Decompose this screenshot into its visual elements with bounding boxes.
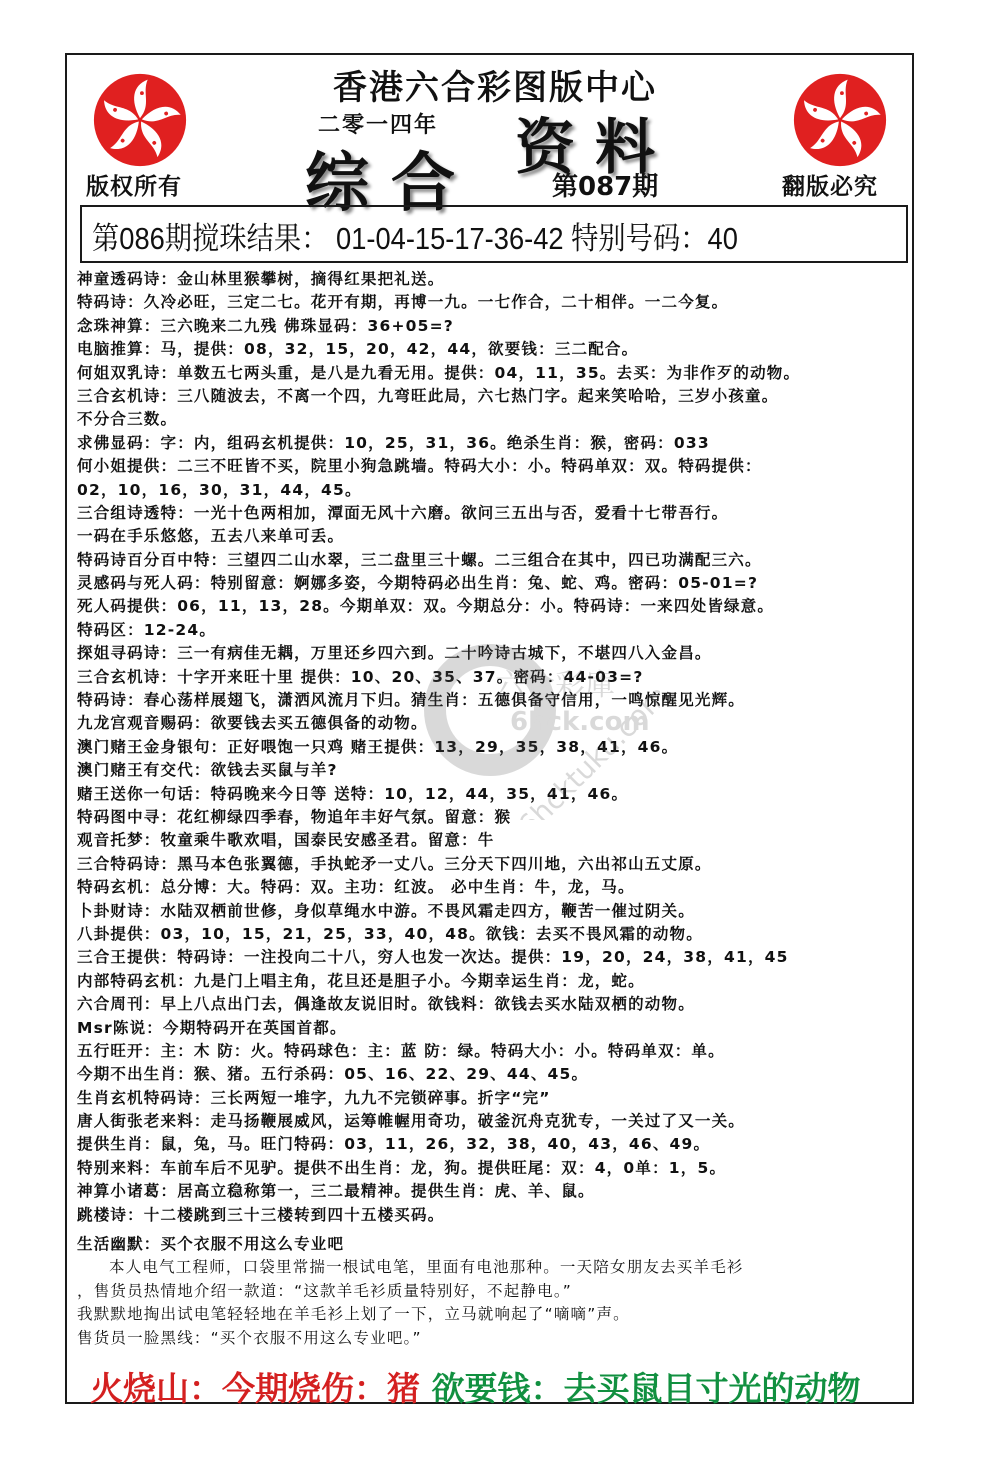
list-item: 02，10，16，30，31，44，45。	[77, 479, 917, 502]
list-item: 提供生肖：鼠，兔，马。旺门特码：03，11，26，32，38，40，43，46、…	[77, 1133, 917, 1156]
list-item: 一码在手乐悠悠，五去八来单可丢。	[77, 525, 917, 548]
list-item: 澳门赌王金身银句：正好喂饱一只鸡 赌王提供：13，29，35，38，41，46。	[77, 736, 917, 759]
joke-title: 生活幽默：买个衣服不用这么专业吧	[77, 1233, 917, 1256]
list-item: 三合特码诗：黑马本色张翼德，手执蛇矛一丈八。三分天下四川地，六出祁山五丈原。	[77, 853, 917, 876]
list-item: 三合组诗透特：一光十色两相加，潭面无风十六磨。欲问三五出与否，爱看十七带吾行。	[77, 502, 917, 525]
list-item: 观音托梦：牧童乘牛歌欢唱，国泰民安感圣君。留意：牛	[77, 829, 917, 852]
list-item: 死人码提供：06，11，13，28。今期单双：双。今期总分：小。特码诗：一来四处…	[77, 595, 917, 618]
list-item: 生肖玄机特码诗：三长两短一堆字，九九不完锁碎事。折字“完”	[77, 1087, 917, 1110]
list-item: 卜卦财诗：水陆双栖前世修，身似草绳水中游。不畏风霜走四方，鞭苦一催过阴关。	[77, 900, 917, 923]
footer-red-text: 火烧山：今期烧伤：猪	[90, 1369, 420, 1408]
draw-result-text: 第086期搅珠结果： 01-04-15-17-36-42 特别号码：40	[92, 213, 738, 258]
list-item: 灵感码与死人码：特别留意：婀娜多姿，今期特码必出生肖：兔、蛇、鸡。密码：05-0…	[77, 572, 917, 595]
list-item: 神算小诸葛：居高立稳称第一，三二最精神。提供生肖：虎、羊、鼠。	[77, 1180, 917, 1203]
list-item: 八卦提供：03，10，15，21，25，33，40，48。欲钱：去买不畏风霜的动…	[77, 923, 917, 946]
list-item: 特码图中寻：花红柳绿四季春，物追年丰好气氛。留意：猴	[77, 806, 917, 829]
list-item: 澳门赌王有交代：欲钱去买鼠与羊?	[77, 759, 917, 782]
joke-paragraph-line: 售货员一脸黑线：“买个衣服不用这么专业吧。”	[77, 1327, 917, 1350]
bauhinia-emblem-icon	[92, 72, 188, 168]
list-item: 特别来料：车前车后不见驴。提供不出生肖：龙，狗。提供旺尾：双：4，0单：1，5。	[77, 1157, 917, 1180]
list-item: 赌王送你一句话：特码晚来今日等 送特：10，12，44，35，41，46。	[77, 783, 917, 806]
list-item: 跳楼诗：十二楼跳到三十三楼转到四十五楼买码。	[77, 1204, 917, 1227]
issue-number: 第087期	[552, 166, 658, 203]
tips-list: 神童透码诗：金山林里猴攀树，摘得红果把礼送。 特码诗：久冷必旺，三定二七。花开有…	[77, 268, 917, 1350]
joke-paragraph-line: ，售货员热情地介绍一款道：“这款羊毛衫质量特别好，不起静电。”	[77, 1280, 917, 1303]
list-item: 特码诗：久冷必旺，三定二七。花开有期，再博一九。一七作合，二十相伴。一二今复。	[77, 291, 917, 314]
list-item: 特码诗百分百中特：三望四二山水翠，三二盘里三十螺。二三组合在其中，四已功满配三六…	[77, 549, 917, 572]
list-item: 今期不出生肖：猴、猪。五行杀码：05、16、22、29、44、45。	[77, 1063, 917, 1086]
joke-paragraph-line: 我默默地掏出试电笔轻轻地在羊毛衫上划了一下，立马就响起了“嘀嘀”声。	[77, 1303, 917, 1326]
list-item: 探姐寻码诗：三一有病佳无耦，万里还乡四六到。二十吟诗古城下，不堪四八入金昌。	[77, 642, 917, 665]
list-item: 五行旺开：主：木 防：火。特码球色：主：蓝 防：绿。特码大小：小。特码单双：单。	[77, 1040, 917, 1063]
list-item: 三合王提供：特码诗：一注投向二十八，穷人也发一次达。提供：19，20，24，38…	[77, 946, 917, 969]
list-item: 不分合三数。	[77, 408, 917, 431]
list-item: 九龙宫观音赐码：欲要钱去买五德俱备的动物。	[77, 712, 917, 735]
list-item: 三合玄机诗：三八随波去，不离一个四，九弯旺此局，六七热门字。起来笑哈哈，三岁小孩…	[77, 385, 917, 408]
anti-piracy-label: 翻版必究	[782, 168, 878, 201]
list-item: 神童透码诗：金山林里猴攀树，摘得红果把礼送。	[77, 268, 917, 291]
list-item: 六合周刊：早上八点出门去，偶逢故友说旧时。欲钱料：欲钱去买水陆双栖的动物。	[77, 993, 917, 1016]
list-item: 电脑推算：马，提供：08，32，15，20，42，44，欲要钱：三二配合。	[77, 338, 917, 361]
list-item: 唐人街张老来料：走马扬鞭展威风，运筹帷幄用奇功，破釜沉舟克犹专，一关过了又一关。	[77, 1110, 917, 1133]
list-item: 何姐双乳诗：单数五七两头重，是八是九看无用。提供：04，11，35。去买：为非作…	[77, 362, 917, 385]
footer-banner: 火烧山：今期烧伤：猪 欲要钱：去买鼠目寸光的动物	[90, 1363, 861, 1410]
bauhinia-emblem-icon	[792, 72, 888, 168]
list-item: 何小姐提供：二三不旺皆不买，院里小狗急跳墙。特码大小：小。特码单双：双。特码提供…	[77, 455, 917, 478]
list-item: 特码区：12-24。	[77, 619, 917, 642]
joke-paragraph-line: 本人电气工程师，口袋里常揣一根试电笔，里面有电池那种。一天陪女朋友去买羊毛衫	[77, 1256, 917, 1279]
list-item: Msr陈说：今期特码开在英国首都。	[77, 1017, 917, 1040]
footer-green-text: 欲要钱：去买鼠目寸光的动物	[432, 1369, 861, 1408]
list-item: 求佛显码：字：内，组码玄机提供：10，25，31，36。绝杀生肖：猴，密码：03…	[77, 432, 917, 455]
copyright-label: 版权所有	[86, 168, 182, 201]
list-item: 三合玄机诗：十字开来旺十里 提供：10、20、35、37。密码：44-03=?	[77, 666, 917, 689]
list-item: 内部特码玄机：九是门上唱主角，花旦还是胆子小。今期幸运生肖：龙，蛇。	[77, 970, 917, 993]
list-item: 念珠神算：三六晚来二九残 佛珠显码：36+05=?	[77, 315, 917, 338]
list-item: 特码诗：春心荡样展翅飞，潇洒风流月下归。猜生肖：五德俱备守信用，一鸣惊醒见光辉。	[77, 689, 917, 712]
list-item: 特码玄机：总分博：大。特码：双。主功：红波。 必中生肖：牛，龙，马。	[77, 876, 917, 899]
